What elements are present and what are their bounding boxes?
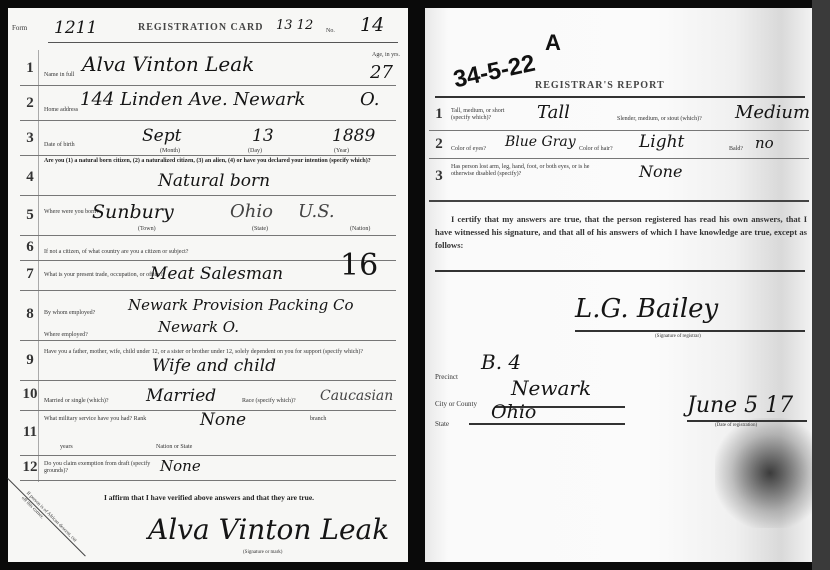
registrar-signature-line xyxy=(575,330,805,332)
report-row-3: 3 Has person lost arm, leg, hand, foot, … xyxy=(429,158,809,202)
field-row-11: 11 What military service have you had? R… xyxy=(20,410,396,456)
height-value: Tall xyxy=(537,102,570,123)
field-label: If not a citizen, of what country are yo… xyxy=(44,249,188,255)
field-row-8: 8 By whom employed? Newark Provision Pac… xyxy=(20,290,396,341)
precinct-value: B. 4 xyxy=(481,350,521,374)
serial-number: 13 12 xyxy=(276,18,313,33)
field-label: Do you claim exemption from draft (speci… xyxy=(44,461,154,475)
field-row-3: 3 Date of birth Sept 13 1889 (Month) (Da… xyxy=(20,120,396,156)
field-label: Married or single (which)? xyxy=(44,398,108,404)
field-row-12: 12 Do you claim exemption from draft (sp… xyxy=(20,455,396,481)
field-label: Has person lost arm, leg, hand, foot, or… xyxy=(451,164,601,178)
birthplace-nation-value: U.S. xyxy=(298,201,335,222)
employer-value: Newark Provision Packing Co xyxy=(128,296,354,314)
header-rule xyxy=(48,42,398,43)
sub-label: (Town) xyxy=(138,226,156,232)
field-label: By whom employed? xyxy=(44,310,95,316)
row-number: 6 xyxy=(20,239,40,256)
registrar-signature: L.G. Bailey xyxy=(575,294,718,324)
registration-number: 14 xyxy=(360,14,384,36)
stamp-number: 34-5-22 xyxy=(451,50,538,95)
scan-smudge xyxy=(715,418,825,528)
dependents-value: Wife and child xyxy=(152,356,276,376)
field-label: branch xyxy=(310,416,326,422)
age-value: 27 xyxy=(370,62,393,83)
build-value: Medium xyxy=(735,102,810,123)
field-label: Name in full xyxy=(44,72,74,78)
registrant-signature: Alva Vinton Leak xyxy=(148,513,389,546)
row-number: 3 xyxy=(429,168,449,185)
birth-month-value: Sept xyxy=(142,126,181,146)
affirmation-text: I affirm that I have verified above answ… xyxy=(104,493,314,502)
field-label: Color of eyes? xyxy=(451,146,486,152)
field-label: What is your present trade, occupation, … xyxy=(44,272,163,278)
row-number: 2 xyxy=(20,95,40,112)
birth-day-value: 13 xyxy=(252,126,274,146)
registrars-report-card: 34-5-22 A REGISTRAR'S REPORT 1 Tall, med… xyxy=(425,8,812,562)
field-label: What military service have you had? Rank xyxy=(44,416,146,422)
disability-value: None xyxy=(639,162,682,181)
field-label: Bald? xyxy=(729,146,743,152)
certification-text: I certify that my answers are true, that… xyxy=(435,213,807,252)
birth-year-value: 1889 xyxy=(332,126,375,146)
corner-note: If person is of African descent, cut off… xyxy=(19,490,78,549)
address-state-value: O. xyxy=(360,89,379,110)
city-value: Newark xyxy=(511,376,591,400)
sub-label: (Month) xyxy=(160,148,180,154)
city-label: City or County xyxy=(435,400,477,408)
row-number: 7 xyxy=(20,266,40,283)
hair-color-value: Light xyxy=(639,132,684,152)
card-title: REGISTRATION CARD xyxy=(138,22,263,33)
state-label: State xyxy=(435,420,449,428)
report-title: REGISTRAR'S REPORT xyxy=(535,80,665,91)
exemption-value: None xyxy=(160,457,201,475)
exceptions-line xyxy=(435,270,805,272)
clerk-mark: 16 xyxy=(340,248,378,283)
form-number: 1211 xyxy=(54,18,97,38)
row-number: 10 xyxy=(20,386,40,403)
field-row-4: 4 Are you (1) a natural born citizen, (2… xyxy=(20,155,396,196)
row-number: 5 xyxy=(20,207,40,224)
row-number: 1 xyxy=(429,106,449,123)
row-number: 1 xyxy=(20,60,40,77)
field-label: Home address xyxy=(44,107,78,113)
sub-label: (Year) xyxy=(334,148,349,154)
scan-edge xyxy=(812,0,830,570)
sub-label: (Day) xyxy=(248,148,262,154)
age-label: Age, in yrs. xyxy=(372,52,400,58)
report-row-2: 2 Color of eyes? Blue Gray Color of hair… xyxy=(429,130,809,159)
row-number: 4 xyxy=(20,169,40,186)
sub-label: (State) xyxy=(252,226,268,232)
birthplace-state-value: Ohio xyxy=(230,201,273,222)
eye-color-value: Blue Gray xyxy=(505,134,576,150)
address-value: 144 Linden Ave. Newark xyxy=(80,89,305,110)
registration-date: June 5 17 xyxy=(687,393,793,418)
field-label: Tall, medium, or short (specify which)? xyxy=(451,108,521,122)
bald-value: no xyxy=(755,134,774,152)
field-label: Where were you born? xyxy=(44,209,99,215)
employer-location-value: Newark O. xyxy=(158,318,239,336)
report-row-1: 1 Tall, medium, or short (specify which)… xyxy=(429,98,809,131)
row-number: 8 xyxy=(20,306,40,323)
row-number: 12 xyxy=(20,459,40,476)
field-label: years xyxy=(60,444,73,450)
field-row-2: 2 Home address 144 Linden Ave. Newark O. xyxy=(20,85,396,121)
marital-status-value: Married xyxy=(146,386,216,406)
registration-card: Form 1211 REGISTRATION CARD 13 12 No. 14… xyxy=(8,8,408,562)
field-label: Nation or State xyxy=(156,444,192,450)
field-label: Slender, medium, or stout (which)? xyxy=(617,116,702,122)
field-label: Color of hair? xyxy=(579,146,613,152)
precinct-label: Precinct xyxy=(435,373,458,381)
registrar-caption: (Signature of registrar) xyxy=(655,334,701,339)
field-row-1: 1 Name in full Alva Vinton Leak Age, in … xyxy=(20,50,396,86)
signature-caption: (Signature or mark) xyxy=(243,550,282,555)
stamp-letter: A xyxy=(545,30,561,56)
row-number: 9 xyxy=(20,352,40,369)
row-number: 3 xyxy=(20,130,40,147)
sub-label: (Nation) xyxy=(350,226,370,232)
field-label: Are you (1) a natural born citizen, (2) … xyxy=(44,158,394,165)
number-label: No. xyxy=(326,28,335,34)
state-value: Ohio xyxy=(491,401,536,423)
state-line xyxy=(469,423,625,425)
race-value: Caucasian xyxy=(320,388,393,404)
field-row-10: 10 Married or single (which)? Married Ra… xyxy=(20,380,396,411)
field-row-7: 7 What is your present trade, occupation… xyxy=(20,260,396,291)
row-number: 11 xyxy=(20,424,40,441)
birthplace-town-value: Sunbury xyxy=(92,201,174,223)
field-label: Race (specify which)? xyxy=(242,398,296,404)
field-label: Date of birth xyxy=(44,142,75,148)
citizenship-value: Natural born xyxy=(158,171,270,191)
field-label: Where employed? xyxy=(44,332,88,338)
row-number: 2 xyxy=(429,136,449,153)
field-row-9: 9 Have you a father, mother, wife, child… xyxy=(20,340,396,381)
military-service-value: None xyxy=(200,410,246,430)
occupation-value: Meat Salesman xyxy=(150,264,283,284)
field-row-5: 5 Where were you born? Sunbury Ohio U.S.… xyxy=(20,195,396,236)
name-value: Alva Vinton Leak xyxy=(82,52,254,76)
form-label: Form xyxy=(12,24,27,32)
